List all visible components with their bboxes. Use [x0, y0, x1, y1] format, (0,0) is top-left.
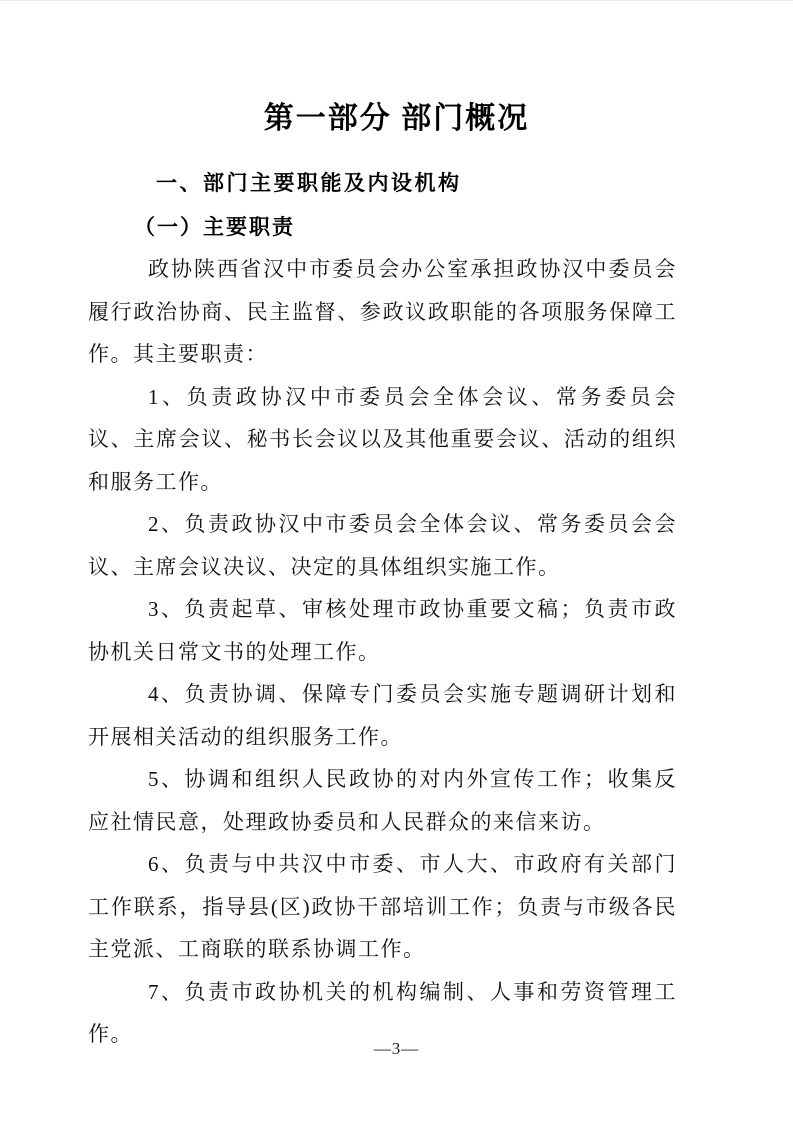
document-page: 第一部分 部门概况 一、部门主要职能及内设机构 （一）主要职责 政协陕西省汉中市… [0, 0, 793, 1122]
duty-item-1: 1、负责政协汉中市委员会全体会议、常务委员会议、主席会议、秘书长会议以及其他重要… [88, 376, 677, 504]
duty-item-6: 6、负责与中共汉中市委、市人大、市政府有关部门工作联系，指导县(区)政协干部培训… [88, 843, 677, 971]
duty-item-4: 4、负责协调、保障专门委员会实施专题调研计划和开展相关活动的组织服务工作。 [88, 673, 677, 758]
duty-item-3: 3、负责起草、审核处理市政协重要文稿；负责市政协机关日常文书的处理工作。 [88, 588, 677, 673]
section-heading: 一、部门主要职能及内设机构 [88, 169, 677, 199]
document-content: 一、部门主要职能及内设机构 （一）主要职责 政协陕西省汉中市委员会办公室承担政协… [0, 169, 793, 1056]
page-number: —3— [0, 1039, 793, 1059]
subsection-heading: （一）主要职责 [88, 212, 677, 242]
page-title: 第一部分 部门概况 [0, 97, 793, 141]
duty-item-2: 2、负责政协汉中市委员会全体会议、常务委员会会议、主席会议决议、决定的具体组织实… [88, 503, 677, 588]
duty-item-5: 5、协调和组织人民政协的对内外宣传工作；收集反应社情民意，处理政协委员和人民群众… [88, 758, 677, 843]
body-text: 政协陕西省汉中市委员会办公室承担政协汉中委员会履行政治协商、民主监督、参政议政职… [88, 248, 677, 1056]
intro-paragraph: 政协陕西省汉中市委员会办公室承担政协汉中委员会履行政治协商、民主监督、参政议政职… [88, 248, 677, 376]
